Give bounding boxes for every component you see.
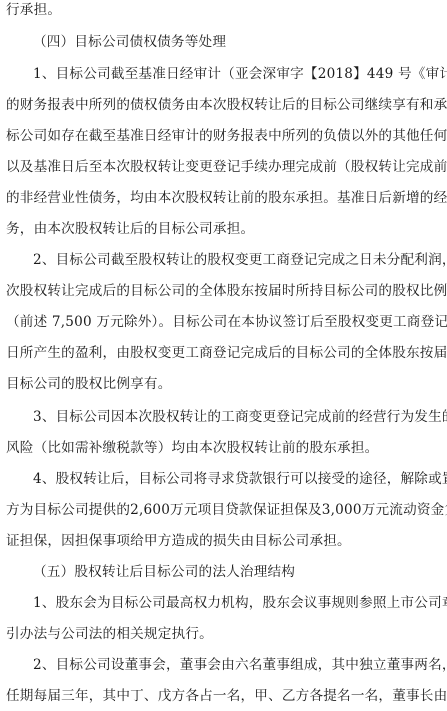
text-line: 标公司如存在截至基准日经审计的财务报表中所列的负债以外的其他任何债务 (6, 128, 447, 145)
text-line: 目标公司的股权比例享有。 (6, 376, 172, 393)
text-line: 风险（比如需补缴税款等）均由本次股权转让前的股东承担。 (6, 440, 378, 457)
paragraph-start: 3、目标公司因本次股权转让的工商变更登记完成前的经营行为发生的税务 (33, 409, 447, 426)
text-line: 以及基准日后至本次股权转让变更登记手续办理完成前（股权转让完成前）新增 (6, 159, 447, 176)
text-line: 的财务报表中所列的债权债务由本次股权转让后的目标公司继续享有和承担，目 (6, 97, 447, 114)
text-line: 务，由本次股权转让后的目标公司承担。 (6, 221, 254, 238)
text-line: 次股权转让完成后的目标公司的全体股东按届时所持目标公司的股权比例享有 (6, 283, 447, 300)
text-line: 任期每届三年，其中丁、戊方各占一名，甲、乙方各提名一名，董事长由丁方担 (6, 688, 447, 705)
text-line: 日所产生的盈利，由股权变更工商登记完成后的目标公司的全体股东按届时所持 (6, 345, 447, 362)
text-line: （前述 7,500 万元除外）。目标公司在本协议签订后至股权变更工商登记完成之 (6, 314, 447, 331)
text-line: 引办法与公司法的相关规定执行。 (6, 626, 213, 643)
paragraph-start: 4、股权转让后，目标公司将寻求贷款银行可以接受的途径，解除或置换甲 (33, 471, 447, 488)
paragraph-start: 1、目标公司截至基准日经审计（亚会深审字【2018】449 号《审计报告》） (33, 66, 447, 83)
text-line: 的非经营业性债务，均由本次股权转让前的股东承担。基准日后新增的经营性债 (6, 190, 447, 207)
paragraph-start: 1、股东会为目标公司最高权力机构，股东会议事规则参照上市公司章程指 (33, 595, 447, 612)
text-line: 行承担。 (6, 2, 61, 19)
paragraph-start: 2、目标公司设董事会，董事会由六名董事组成，其中独立董事两名，董事 (33, 657, 447, 674)
section-heading-5: （五）股权转让后目标公司的法人治理结构 (33, 564, 295, 581)
text-line: 证担保，因担保事项给甲方造成的损失由目标公司承担。 (6, 533, 351, 550)
paragraph-start: 2、目标公司截至股权转让的股权变更工商登记完成之日未分配利润，由本 (33, 252, 447, 269)
text-line: 方为目标公司提供的2,600万元项目贷款保证担保及3,000万元流动资金贷款保 (6, 502, 447, 519)
section-heading-4: （四）目标公司债权债务等处理 (33, 34, 226, 51)
